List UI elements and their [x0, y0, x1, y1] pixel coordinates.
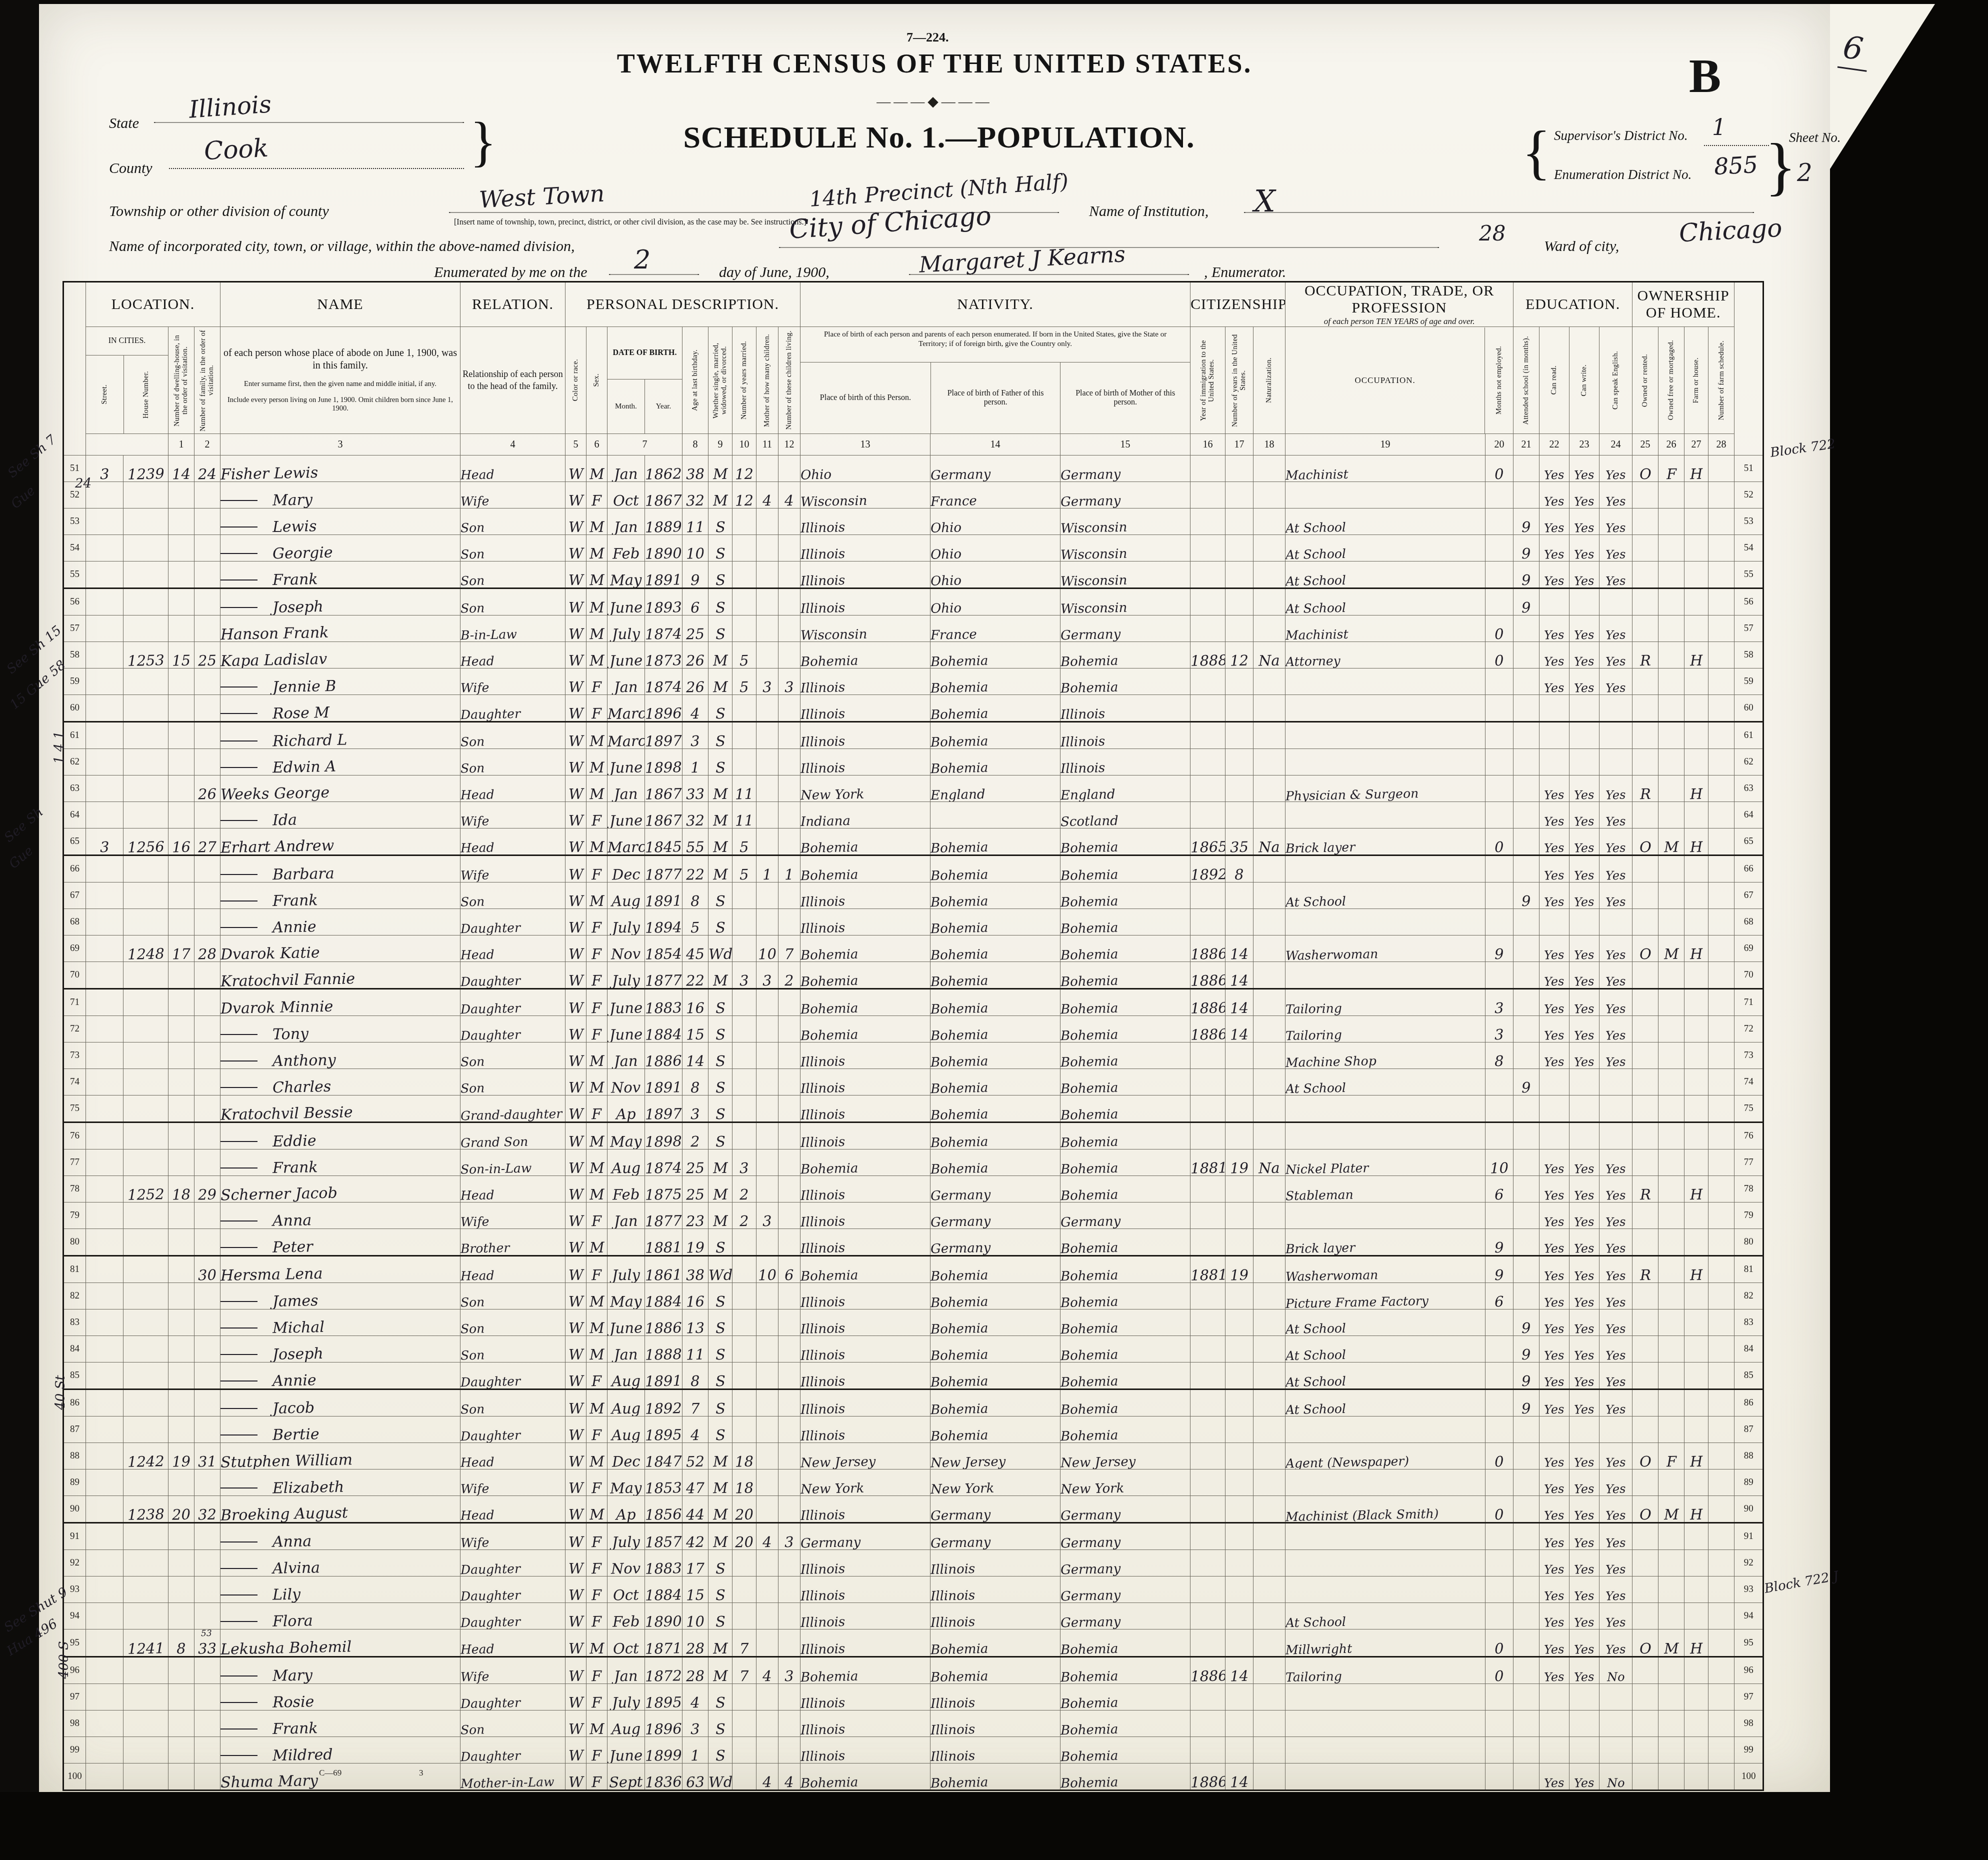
cell-mu-64: [1485, 802, 1513, 828]
cell-nat-94: [1253, 1603, 1285, 1629]
cell-bm-88: Dec: [607, 1443, 645, 1469]
cell-nat-76: [1253, 1122, 1285, 1149]
cell-fm-63: [1658, 775, 1684, 802]
cell-fh-85: [1684, 1362, 1708, 1389]
cell-lnR-61: 61: [1734, 722, 1763, 749]
cell-mar-90: M: [708, 1496, 732, 1523]
cell-wr-79: Yes: [1569, 1202, 1599, 1229]
cell-sch-86: 9: [1513, 1389, 1539, 1416]
cell-by-95: 1871: [645, 1629, 682, 1657]
enumeration-label: Enumeration District No.: [1554, 167, 1691, 182]
cell-wr-71: Yes: [1569, 989, 1599, 1016]
cell-en-79: Yes: [1599, 1202, 1632, 1229]
cell-s-63: M: [586, 775, 607, 802]
cell-mar-77: M: [708, 1149, 732, 1176]
cell-ius-100: 14: [1225, 1763, 1253, 1790]
cell-mc-65: [756, 828, 778, 855]
cell-dw-77: [168, 1149, 194, 1176]
cell-sch-58: [1513, 642, 1539, 668]
cell-nat-77: Na: [1253, 1149, 1285, 1176]
cell-house-88: 1242: [123, 1443, 168, 1469]
cell-lnR-65: 65: [1734, 828, 1763, 855]
cell-rel-72: Daughter: [460, 1016, 565, 1042]
cell-sch-70: [1513, 962, 1539, 989]
cell-dw-98: [168, 1710, 194, 1737]
cell-by-61: 1897: [645, 722, 682, 749]
cell-mu-79: [1485, 1202, 1513, 1229]
cell-s-58: M: [586, 642, 607, 668]
cell-c-64: W: [565, 802, 586, 828]
cell-ius-85: [1225, 1362, 1253, 1389]
cell-sch-71: [1513, 989, 1539, 1016]
cell-age-87: 4: [682, 1416, 708, 1443]
cell-en-88: Yes: [1599, 1443, 1632, 1469]
cell-fs-53: [1708, 508, 1734, 535]
cell-lnR-71: 71: [1734, 989, 1763, 1016]
cell-fh-68: [1684, 909, 1708, 935]
cell-pf-57: France: [930, 615, 1060, 642]
cell-ius-61: [1225, 722, 1253, 749]
cell-occ-69: Washerwoman: [1285, 935, 1485, 962]
cell-iy-77: 1881: [1190, 1149, 1225, 1176]
cell-bm-94: Feb: [607, 1603, 645, 1629]
cell-lnR-95: 95: [1734, 1629, 1763, 1657]
cell-by-93: 1884: [645, 1576, 682, 1603]
cell-lnR-81: 81: [1734, 1256, 1763, 1283]
cell-fs-68: [1708, 909, 1734, 935]
col-years-married: Number of years married.: [732, 327, 756, 434]
cell-fh-76: [1684, 1122, 1708, 1149]
cell-s-99: F: [586, 1737, 607, 1763]
cell-nat-62: [1253, 749, 1285, 775]
cell-cl-99: [778, 1737, 800, 1763]
cell-mc-79: 3: [756, 1202, 778, 1229]
cell-mar-53: S: [708, 508, 732, 535]
cell-en-78: Yes: [1599, 1176, 1632, 1202]
cell-mu-85: [1485, 1362, 1513, 1389]
cell-dw-62: [168, 749, 194, 775]
col-sex: Sex.: [586, 327, 607, 434]
cell-fam-89: [194, 1469, 220, 1496]
cell-occ-55: At School: [1285, 561, 1485, 588]
cell-occ-75: [1285, 1095, 1485, 1122]
cell-iy-85: [1190, 1362, 1225, 1389]
cell-pm-69: Bohemia: [1060, 935, 1190, 962]
cell-name-70: Kratochvil Fannie: [220, 962, 460, 989]
cell-rel-89: Wife: [460, 1469, 565, 1496]
city-label: Name of incorporated city, town, or vill…: [109, 238, 575, 255]
cell-by-60: 1896: [645, 695, 682, 722]
sheet-value: 2: [1797, 159, 1812, 187]
cell-iy-89: [1190, 1469, 1225, 1496]
cell-street-94: [86, 1603, 123, 1629]
cell-c-59: W: [565, 668, 586, 695]
cell-by-100: 1836: [645, 1763, 682, 1790]
cell-name-59: Jennie B: [220, 668, 460, 695]
cell-bm-95: Oct: [607, 1629, 645, 1657]
cell-dw-96: [168, 1657, 194, 1684]
cell-mu-59: [1485, 668, 1513, 695]
cell-cl-56: [778, 588, 800, 615]
cell-lnL-89: 89: [63, 1469, 86, 1496]
cell-iy-60: [1190, 695, 1225, 722]
cell-rd-67: Yes: [1539, 882, 1569, 909]
cell-en-63: Yes: [1599, 775, 1632, 802]
enumerated-day: 2: [634, 245, 650, 275]
cell-lnL-57: 57: [63, 615, 86, 642]
cell-mar-59: M: [708, 668, 732, 695]
cell-c-80: W: [565, 1229, 586, 1256]
cell-name-91: Anna: [220, 1523, 460, 1550]
cell-ym-61: [732, 722, 756, 749]
cell-rel-61: Son: [460, 722, 565, 749]
cell-fh-90: H: [1684, 1496, 1708, 1523]
cell-pf-64: [930, 802, 1060, 828]
cell-occ-86: At School: [1285, 1389, 1485, 1416]
cell-house-93: [123, 1576, 168, 1603]
cell-pob-63: New York: [800, 775, 930, 802]
cell-pob-59: Illinois: [800, 668, 930, 695]
cell-bm-71: June: [607, 989, 645, 1016]
cell-fh-53: [1684, 508, 1708, 535]
cell-dw-79: [168, 1202, 194, 1229]
cell-ius-84: [1225, 1336, 1253, 1362]
cell-mar-60: S: [708, 695, 732, 722]
cell-c-58: W: [565, 642, 586, 668]
cell-rel-77: Son-in-Law: [460, 1149, 565, 1176]
cell-fs-70: [1708, 962, 1734, 989]
cell-fs-94: [1708, 1603, 1734, 1629]
cell-pm-94: Germany: [1060, 1603, 1190, 1629]
cell-pf-55: Ohio: [930, 561, 1060, 588]
cell-pob-54: Illinois: [800, 535, 930, 561]
cell-nat-79: [1253, 1202, 1285, 1229]
cell-rel-70: Daughter: [460, 962, 565, 989]
cell-street-59: [86, 668, 123, 695]
scan-border-bottom: [0, 1792, 1988, 1860]
col-months-unemployed: Months not employed.: [1495, 346, 1503, 414]
cell-pob-81: Bohemia: [800, 1256, 930, 1283]
cell-s-89: F: [586, 1469, 607, 1496]
cell-c-62: W: [565, 749, 586, 775]
cell-wr-59: Yes: [1569, 668, 1599, 695]
cell-pob-97: Illinois: [800, 1684, 930, 1710]
cell-house-63: [123, 775, 168, 802]
cell-pob-92: Illinois: [800, 1550, 930, 1576]
cell-lnL-84: 84: [63, 1336, 86, 1362]
cell-dw-91: [168, 1523, 194, 1550]
cell-by-91: 1857: [645, 1523, 682, 1550]
cell-pm-70: Bohemia: [1060, 962, 1190, 989]
cell-pm-52: Germany: [1060, 482, 1190, 508]
cell-pm-77: Bohemia: [1060, 1149, 1190, 1176]
cell-en-76: [1599, 1122, 1632, 1149]
cell-sch-69: [1513, 935, 1539, 962]
cell-fam-80: [194, 1229, 220, 1256]
cell-pm-74: Bohemia: [1060, 1069, 1190, 1095]
cell-fam-96: [194, 1657, 220, 1684]
cell-dw-61: [168, 722, 194, 749]
cell-by-62: 1898: [645, 749, 682, 775]
cell-street-81: [86, 1256, 123, 1283]
cell-street-75: [86, 1095, 123, 1122]
cell-mar-95: M: [708, 1629, 732, 1657]
cell-rd-83: Yes: [1539, 1309, 1569, 1336]
cell-bm-57: July: [607, 615, 645, 642]
cell-fs-95: [1708, 1629, 1734, 1657]
cell-s-75: F: [586, 1095, 607, 1122]
cell-dw-51: 14: [168, 455, 194, 482]
cell-own-85: [1632, 1362, 1658, 1389]
cell-iy-57: [1190, 615, 1225, 642]
cell-wr-73: Yes: [1569, 1042, 1599, 1069]
cell-pf-84: Bohemia: [930, 1336, 1060, 1362]
margin-note-left-11: 400 S: [56, 1641, 71, 1679]
cell-c-95: W: [565, 1629, 586, 1657]
cell-ym-87: [732, 1416, 756, 1443]
cell-nat-89: [1253, 1469, 1285, 1496]
cell-bm-97: July: [607, 1684, 645, 1710]
cell-en-75: [1599, 1095, 1632, 1122]
cell-rd-97: [1539, 1684, 1569, 1710]
cell-ius-55: [1225, 561, 1253, 588]
cell-rd-59: Yes: [1539, 668, 1569, 695]
cell-ym-70: 3: [732, 962, 756, 989]
cell-lnR-51: 51: [1734, 455, 1763, 482]
cell-house-53: [123, 508, 168, 535]
cell-lnL-83: 83: [63, 1309, 86, 1336]
cell-fh-84: [1684, 1336, 1708, 1362]
cell-s-87: F: [586, 1416, 607, 1443]
cell-lnL-56: 56: [63, 588, 86, 615]
cell-rd-64: Yes: [1539, 802, 1569, 828]
cell-ius-67: [1225, 882, 1253, 909]
cell-ius-65: 35: [1225, 828, 1253, 855]
cell-rd-69: Yes: [1539, 935, 1569, 962]
cell-mu-88: 0: [1485, 1443, 1513, 1469]
cell-rel-81: Head: [460, 1256, 565, 1283]
enumerated-mid: day of June, 1900,: [719, 264, 829, 281]
cell-sch-99: [1513, 1737, 1539, 1763]
cell-pm-95: Bohemia: [1060, 1629, 1190, 1657]
col-farm-no: Number of farm schedule.: [1708, 327, 1734, 434]
cell-pf-95: Bohemia: [930, 1629, 1060, 1657]
cell-en-53: Yes: [1599, 508, 1632, 535]
cell-s-56: M: [586, 588, 607, 615]
cell-en-86: Yes: [1599, 1389, 1632, 1416]
cell-fh-73: [1684, 1042, 1708, 1069]
cell-lnL-99: 99: [63, 1737, 86, 1763]
cell-mu-82: 6: [1485, 1283, 1513, 1309]
cell-age-61: 3: [682, 722, 708, 749]
schedule-row-59: 59Jennie BWifeWFJan187426M533IllinoisBoh…: [63, 668, 1763, 695]
cell-by-90: 1856: [645, 1496, 682, 1523]
cell-bm-78: Feb: [607, 1176, 645, 1202]
cell-iy-78: [1190, 1176, 1225, 1202]
cell-mc-67: [756, 882, 778, 909]
cell-pm-64: Scotland: [1060, 802, 1190, 828]
cell-by-53: 1889: [645, 508, 682, 535]
cell-age-56: 6: [682, 588, 708, 615]
col-mother-children: Mother of how many children.: [756, 327, 778, 434]
cell-wr-69: Yes: [1569, 935, 1599, 962]
cell-cl-89: [778, 1469, 800, 1496]
cell-rd-96: Yes: [1539, 1657, 1569, 1684]
cell-en-58: Yes: [1599, 642, 1632, 668]
col-read: Can read.: [1539, 327, 1569, 434]
cell-cl-97: [778, 1684, 800, 1710]
cell-pob-98: Illinois: [800, 1710, 930, 1737]
cell-c-52: W: [565, 482, 586, 508]
cell-by-66: 1877: [645, 855, 682, 882]
cell-street-86: [86, 1389, 123, 1416]
cell-age-90: 44: [682, 1496, 708, 1523]
cell-s-64: F: [586, 802, 607, 828]
cell-fam-86: [194, 1389, 220, 1416]
cell-fh-55: [1684, 561, 1708, 588]
cell-en-92: Yes: [1599, 1550, 1632, 1576]
cell-pob-64: Indiana: [800, 802, 930, 828]
cell-name-60: Rose M: [220, 695, 460, 722]
cell-bm-51: Jan: [607, 455, 645, 482]
cell-mc-74: [756, 1069, 778, 1095]
cell-mar-88: M: [708, 1443, 732, 1469]
cell-lnR-92: 92: [1734, 1550, 1763, 1576]
cell-pob-68: Illinois: [800, 909, 930, 935]
cell-fam-87: [194, 1416, 220, 1443]
cell-en-91: Yes: [1599, 1523, 1632, 1550]
cell-name-75: Kratochvil Bessie: [220, 1095, 460, 1122]
cell-house-89: [123, 1469, 168, 1496]
cell-cl-57: [778, 615, 800, 642]
cell-lnR-70: 70: [1734, 962, 1763, 989]
cell-cl-70: 2: [778, 962, 800, 989]
cell-fm-62: [1658, 749, 1684, 775]
cell-fs-82: [1708, 1283, 1734, 1309]
cell-pob-71: Bohemia: [800, 989, 930, 1016]
cell-street-60: [86, 695, 123, 722]
cell-wr-65: Yes: [1569, 828, 1599, 855]
cell-occ-67: At School: [1285, 882, 1485, 909]
cell-fm-89: [1658, 1469, 1684, 1496]
cell-name-65: Erhart Andrew: [220, 828, 460, 855]
cell-fh-96: [1684, 1657, 1708, 1684]
cell-en-62: [1599, 749, 1632, 775]
cell-house-55: [123, 561, 168, 588]
cell-s-81: F: [586, 1256, 607, 1283]
cell-mc-91: 4: [756, 1523, 778, 1550]
cell-ius-95: [1225, 1629, 1253, 1657]
cell-sch-94: [1513, 1603, 1539, 1629]
cell-occ-53: At School: [1285, 508, 1485, 535]
cell-iy-87: [1190, 1416, 1225, 1443]
cell-fh-52: [1684, 482, 1708, 508]
col-children-living: Number of these children living.: [778, 327, 800, 434]
cell-fs-75: [1708, 1095, 1734, 1122]
cell-house-100: [123, 1763, 168, 1790]
cell-rd-87: [1539, 1416, 1569, 1443]
cell-lnL-75: 75: [63, 1095, 86, 1122]
cell-pob-79: Illinois: [800, 1202, 930, 1229]
cell-iy-59: [1190, 668, 1225, 695]
cell-pm-96: Bohemia: [1060, 1657, 1190, 1684]
cell-mar-87: S: [708, 1416, 732, 1443]
cell-cl-51: [778, 455, 800, 482]
cell-age-64: 32: [682, 802, 708, 828]
cell-c-88: W: [565, 1443, 586, 1469]
cell-pf-88: New Jersey: [930, 1443, 1060, 1469]
cell-mar-56: S: [708, 588, 732, 615]
cell-fam-79: [194, 1202, 220, 1229]
cell-nat-73: [1253, 1042, 1285, 1069]
cell-by-58: 1873: [645, 642, 682, 668]
schedule-letter: B: [1689, 48, 1721, 103]
cell-lnL-76: 76: [63, 1122, 86, 1149]
cell-fam-53: [194, 508, 220, 535]
cell-wr-91: Yes: [1569, 1523, 1599, 1550]
cell-fm-57: [1658, 615, 1684, 642]
cell-pm-93: Germany: [1060, 1576, 1190, 1603]
cell-fm-73: [1658, 1042, 1684, 1069]
cell-cl-79: [778, 1202, 800, 1229]
cell-mu-93: [1485, 1576, 1513, 1603]
cell-pf-86: Bohemia: [930, 1389, 1060, 1416]
cell-fs-83: [1708, 1309, 1734, 1336]
cell-own-98: [1632, 1710, 1658, 1737]
cell-street-88: [86, 1443, 123, 1469]
cell-wr-74: [1569, 1069, 1599, 1095]
cell-c-81: W: [565, 1256, 586, 1283]
cell-mc-81: 10: [756, 1256, 778, 1283]
cell-by-67: 1891: [645, 882, 682, 909]
cell-mu-95: 0: [1485, 1629, 1513, 1657]
cell-lnL-68: 68: [63, 909, 86, 935]
cell-fam-91: [194, 1523, 220, 1550]
cell-s-88: M: [586, 1443, 607, 1469]
cell-lnL-90: 90: [63, 1496, 86, 1523]
cell-lnR-67: 67: [1734, 882, 1763, 909]
cell-c-96: W: [565, 1657, 586, 1684]
cell-name-63: Weeks George: [220, 775, 460, 802]
col-owned: Owned or rented.: [1632, 327, 1658, 434]
cell-wr-64: Yes: [1569, 802, 1599, 828]
cell-fm-77: [1658, 1149, 1684, 1176]
cell-street-67: [86, 882, 123, 909]
cell-bm-79: Jan: [607, 1202, 645, 1229]
cell-bm-63: Jan: [607, 775, 645, 802]
schedule-row-86: 86JacobSonWMAug18927SIllinoisBohemiaBohe…: [63, 1389, 1763, 1416]
cell-c-67: W: [565, 882, 586, 909]
cell-nat-85: [1253, 1362, 1285, 1389]
cell-rd-94: Yes: [1539, 1603, 1569, 1629]
cell-pf-63: England: [930, 775, 1060, 802]
cell-age-96: 28: [682, 1657, 708, 1684]
cell-en-80: Yes: [1599, 1229, 1632, 1256]
cell-pob-88: New Jersey: [800, 1443, 930, 1469]
cell-age-68: 5: [682, 909, 708, 935]
cell-nat-86: [1253, 1389, 1285, 1416]
cell-fh-87: [1684, 1416, 1708, 1443]
cell-mc-85: [756, 1362, 778, 1389]
cell-pm-84: Bohemia: [1060, 1336, 1190, 1362]
cell-fam-67: [194, 882, 220, 909]
cell-name-53: Lewis: [220, 508, 460, 535]
state-county-brace: }: [470, 110, 496, 173]
cell-house-71: [123, 989, 168, 1016]
cell-wr-80: Yes: [1569, 1229, 1599, 1256]
cell-nat-78: [1253, 1176, 1285, 1202]
col-dob: DATE OF BIRTH. Month. Year.: [607, 327, 682, 434]
